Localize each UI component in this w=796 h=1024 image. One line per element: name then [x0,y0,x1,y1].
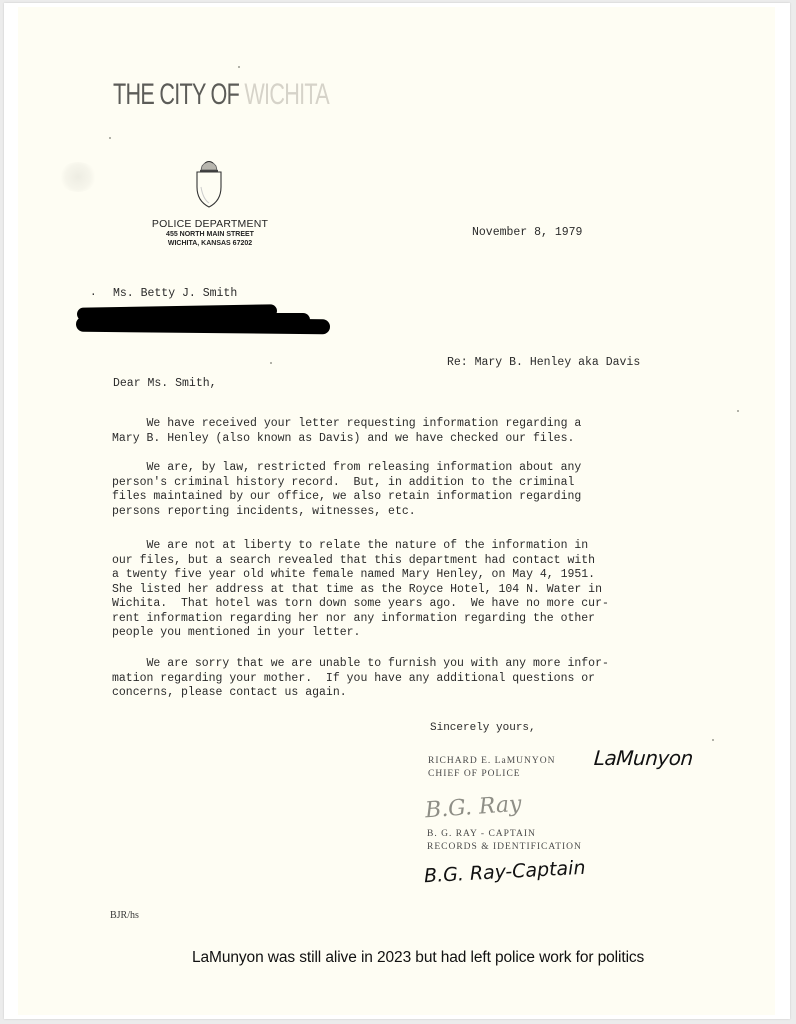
paper-speck [270,362,272,364]
police-department-block: POLICE DEPARTMENT 455 NORTH MAIN STREET … [150,218,270,248]
department-address-line2: WICHITA, KANSAS 67202 [150,239,270,248]
paragraph-line: persons reporting incidents, witnesses, … [112,505,672,520]
paragraph-line: people you mentioned in your letter. [112,626,672,641]
signatory-captain-title: RECORDS & IDENTIFICATION [427,841,582,854]
annotation-caption: LaMunyon was still alive in 2023 but had… [192,949,644,967]
re-subject-line: Re: Mary B. Henley aka Davis [447,356,640,369]
paragraph-line: She listed her address at that time as t… [112,583,672,598]
letter-date: November 8, 1979 [472,226,582,239]
department-address-line1: 455 NORTH MAIN STREET [150,230,270,239]
paper-speck [737,410,739,412]
paragraph-4: We are sorry that we are unable to furni… [112,657,672,701]
recipient-name: Ms. Betty J. Smith [113,287,237,300]
paragraph-1: We have received your letter requesting … [112,417,672,446]
paragraph-line: rent information regarding her nor any i… [112,612,672,627]
paragraph-line: mation regarding your mother. If you hav… [112,672,672,687]
paper-speck [238,66,240,68]
letterhead-city-title: THE CITY OF WICHITA [113,78,329,112]
stray-dot: . [90,287,97,299]
signatory-chief-title: CHIEF OF POLICE [428,768,555,781]
signatory-chief-name: RICHARD E. LaMUNYON [428,755,555,768]
paragraph-line: We are sorry that we are unable to furni… [112,657,672,672]
paragraph-line: We are, by law, restricted from releasin… [112,461,672,476]
signatory-chief-block: RICHARD E. LaMUNYON CHIEF OF POLICE [428,755,555,781]
paragraph-line: Wichita. That hotel was torn down some y… [112,597,672,612]
paragraph-3: We are not at liberty to relate the natu… [112,539,672,641]
signatory-captain-block: B. G. RAY - CAPTAIN RECORDS & IDENTIFICA… [427,828,582,854]
letterhead-city-name: WICHITA [244,78,329,111]
closing: Sincerely yours, [430,722,536,734]
paragraph-line: Mary B. Henley (also known as Davis) and… [112,432,672,447]
paragraph-line: person's criminal history record. But, i… [112,476,672,491]
signatory-captain-name: B. G. RAY - CAPTAIN [427,828,582,841]
paragraph-line: concerns, please contact us again. [112,686,672,701]
paper-speck [109,137,111,139]
paragraph-line: We have received your letter requesting … [112,417,672,432]
paragraph-line: our files, but a search revealed that th… [112,554,672,569]
paragraph-line: files maintained by our office, we also … [112,490,672,505]
department-name: POLICE DEPARTMENT [150,218,270,230]
salutation: Dear Ms. Smith, [113,377,217,390]
paper-speck [712,739,714,741]
paragraph-2: We are, by law, restricted from releasin… [112,461,672,519]
handwritten-lamunyon-note: LaMunyon [593,746,693,770]
typist-initials: BJR/hs [110,910,139,921]
letterhead-city-prefix: THE CITY OF [113,78,244,111]
paper-smudge [58,162,98,192]
paragraph-line: We are not at liberty to relate the natu… [112,539,672,554]
paragraph-line: a twenty five year old white female name… [112,568,672,583]
police-badge-icon [193,157,225,209]
